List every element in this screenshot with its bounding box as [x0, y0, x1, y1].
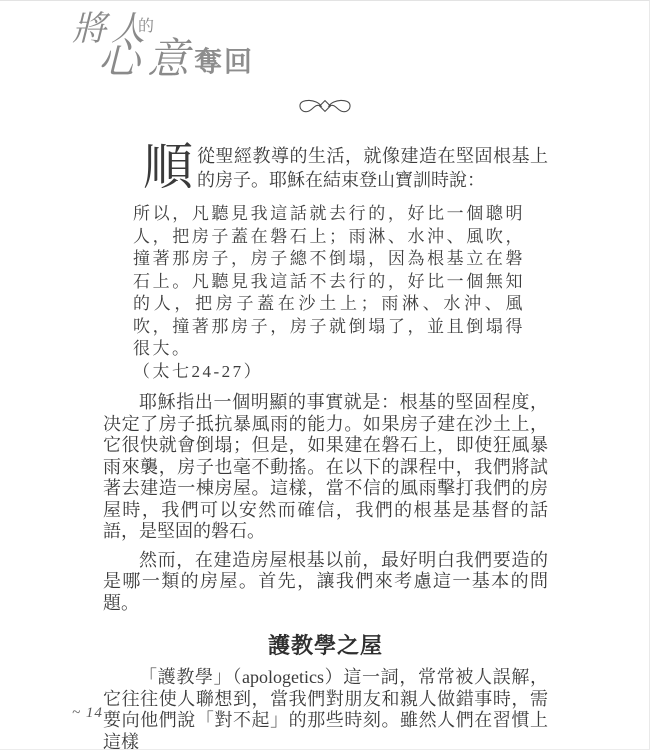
section-heading: 護教學之屋 — [103, 629, 548, 660]
book-title-logo: 將人 的 心意 奪回 — [72, 11, 272, 81]
opening-text: 從聖經教導的生活，就像建造在堅固根基上的房子。耶穌在結束登山寶訓時說： — [197, 146, 548, 190]
quote-text: 所以，凡聽見我這話就去行的，好比一個聰明人，把房子蓋在磐石上；雨淋、水沖、風吹，… — [133, 204, 525, 358]
body-paragraph: 耶穌指出一個明顯的事實就是：根基的堅固程度，决定了房子抵抗暴風雨的能力。如果房子… — [103, 392, 548, 543]
logo-script-text-2: 心意 — [98, 39, 196, 81]
logo-print-text: 奪回 — [194, 49, 254, 77]
body-paragraph: 然而，在建造房屋根基以前，最好明白我們要造的是哪一類的房屋。首先，讓我們來考慮這… — [103, 550, 548, 615]
opening-paragraph: 順 從聖經教導的生活，就像建造在堅固根基上的房子。耶穌在結束登山寶訓時說： — [103, 144, 548, 192]
page-content: 順 從聖經教導的生活，就像建造在堅固根基上的房子。耶穌在結束登山寶訓時說： 所以… — [103, 144, 548, 750]
logo-particle-text: 的 — [138, 19, 154, 35]
scripture-quote: 所以，凡聽見我這話就去行的，好比一個聰明人，把房子蓋在磐石上；雨淋、水沖、風吹，… — [133, 203, 525, 383]
infinity-knot-icon — [296, 97, 354, 115]
book-page: 將人 的 心意 奪回 順 從聖經教導的生活，就像建造在堅固根基上的房子。耶穌在結… — [0, 0, 650, 750]
chapter-ornament — [0, 97, 649, 115]
page-number: ~ 14 ~ — [72, 705, 117, 722]
drop-cap: 順 — [143, 144, 193, 190]
quote-reference: （太七24-27） — [133, 361, 525, 384]
body-paragraph: 「護教學」（apologetics）這一詞，常常被人誤解，它往往使人聯想到，當我… — [103, 667, 548, 750]
